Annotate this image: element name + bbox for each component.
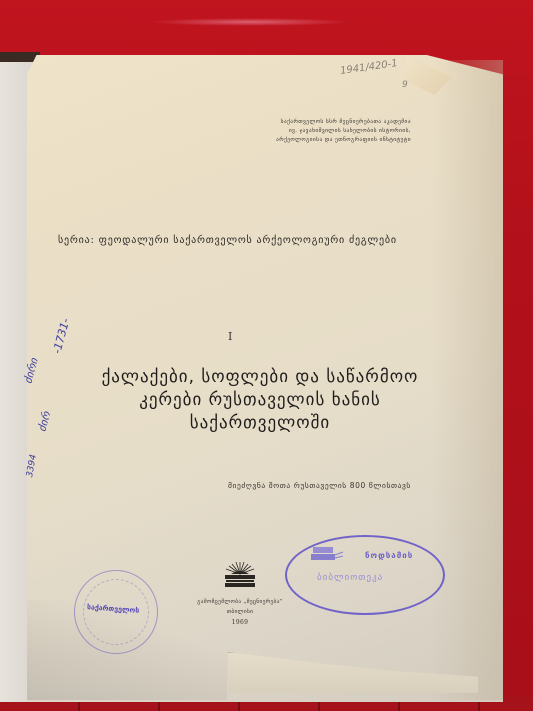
volume-number: I: [228, 330, 232, 343]
dedication: მიეძღვნა შოთა რუსთაველის 800 წლისთავს: [228, 481, 411, 490]
stamp-line-1: ნოდსამის: [365, 551, 413, 560]
table-light-reflection: [150, 18, 350, 26]
library-stamp-oval: ნოდსამის ბიბლიოთეკა: [285, 535, 445, 615]
book-title-line-2: კერები რუსთაველის ხანის: [75, 389, 445, 411]
series-heading: სერია: ფეოდალური საქართველოს არქეოლოგიურ…: [58, 235, 397, 246]
publisher-logo-icon: [222, 560, 258, 590]
institution-line-3: არქეოლოგიისა და ეთნოგრაფიის ინსტიტუტი: [276, 135, 411, 145]
publication-year: 1969: [170, 619, 310, 626]
publisher-name: გამომცემლობა „მეცნიერება“: [170, 599, 310, 605]
stamp-line-2: ბიბლიოთეკა: [317, 573, 383, 583]
books-icon: [309, 543, 345, 565]
book-title-line-1: ქალაქები, სოფლები და საწარმოო: [75, 366, 445, 388]
library-stamp-round: საქართველოს: [74, 570, 158, 654]
book-title-line-3: საქართველოში: [75, 412, 445, 434]
pencil-number-note: 9: [402, 80, 408, 90]
publication-city: თბილისი: [170, 609, 310, 615]
